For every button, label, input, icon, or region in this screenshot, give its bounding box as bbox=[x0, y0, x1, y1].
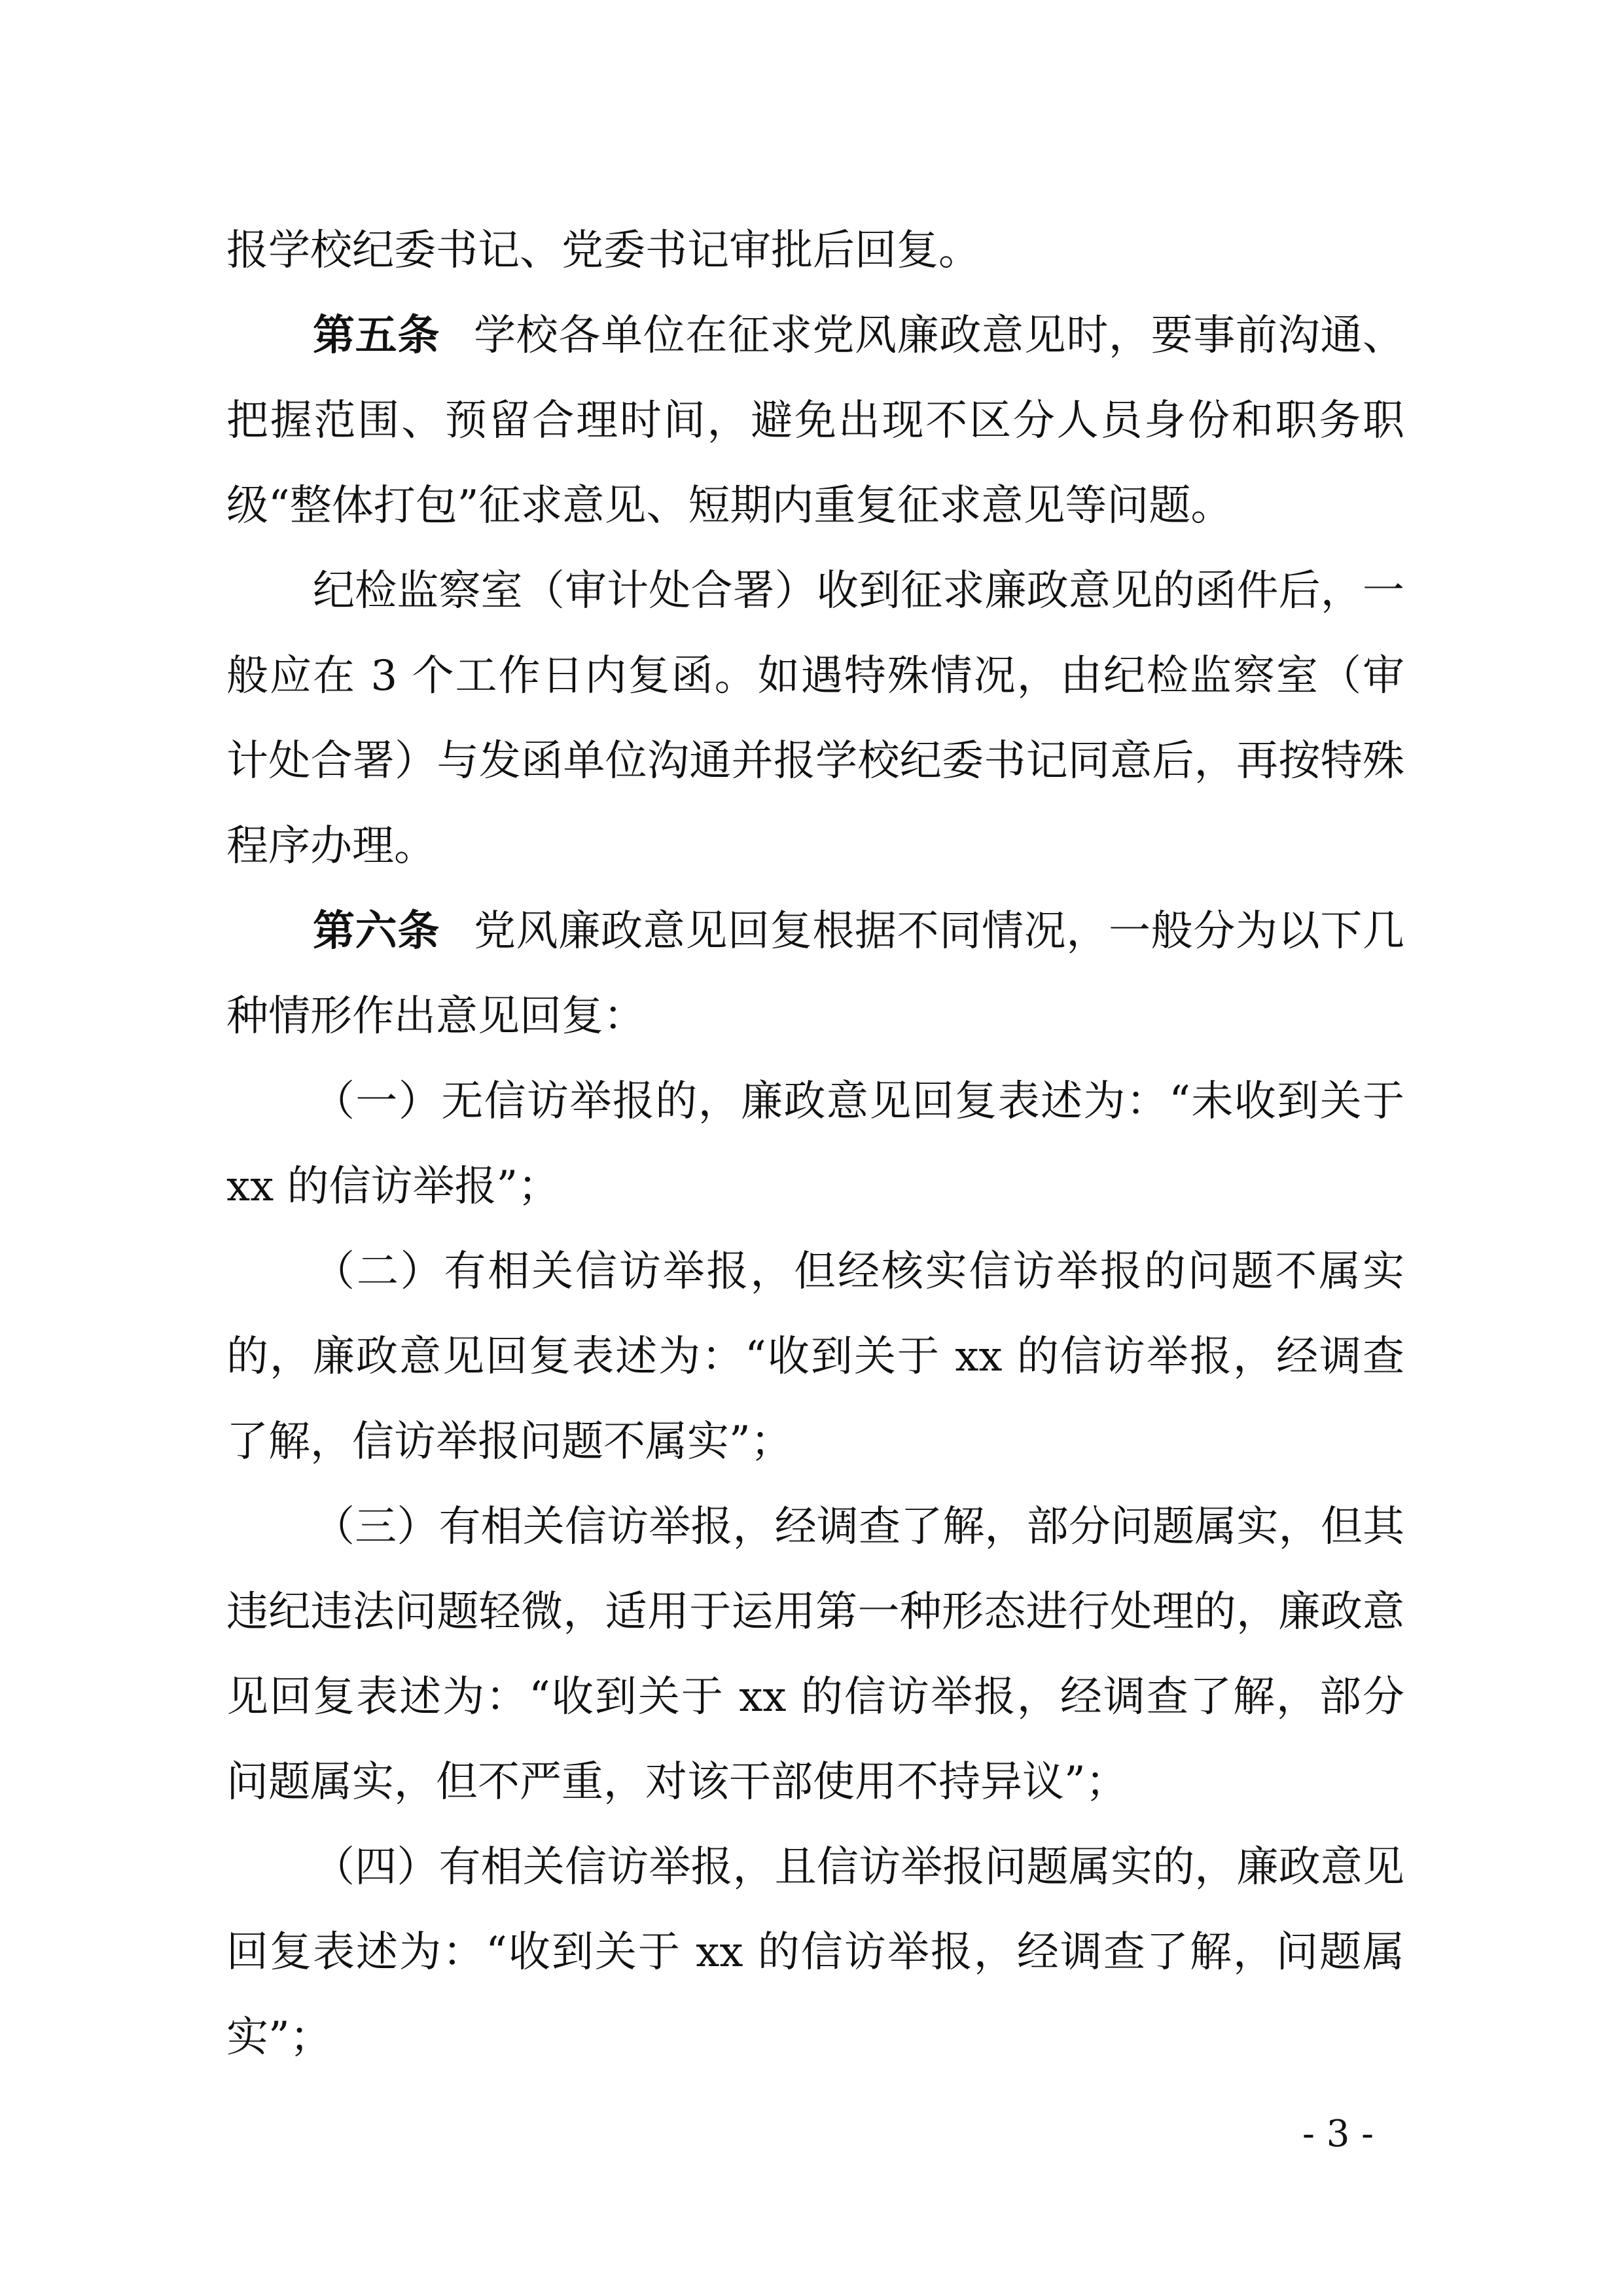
list-item-3: （三）有相关信访举报，经调查了解，部分问题属实，但其违纪违法问题轻微，适用于运用… bbox=[226, 1484, 1404, 1825]
paragraph-article-6: 第六条党风廉政意见回复根据不同情况，一般分为以下几种情形作出意见回复： bbox=[226, 889, 1404, 1059]
list-item-1: （一）无信访举报的，廉政意见回复表述为：“未收到关于 xx 的信访举报”； bbox=[226, 1059, 1404, 1229]
page-number: - 3 - bbox=[1302, 2111, 1433, 2157]
document-page: 报学校纪委书记、党委书记审批后回复。 第五条学校各单位在征求党风廉政意见时，要事… bbox=[226, 208, 1404, 2080]
paragraph-article-5: 第五条学校各单位在征求党风廉政意见时，要事前沟通、把握范围、预留合理时间，避免出… bbox=[226, 293, 1404, 548]
paragraph-body: 纪检监察室（审计处合署）收到征求廉政意见的函件后，一般应在 3 个工作日内复函。… bbox=[226, 548, 1404, 889]
article-label: 第六条 bbox=[313, 906, 440, 956]
paragraph-continuation: 报学校纪委书记、党委书记审批后回复。 bbox=[226, 208, 1404, 293]
list-item-4: （四）有相关信访举报，且信访举报问题属实的，廉政意见回复表述为：“收到关于 xx… bbox=[226, 1825, 1404, 2080]
article-label: 第五条 bbox=[313, 311, 440, 360]
list-item-2: （二）有相关信访举报，但经核实信访举报的问题不属实的，廉政意见回复表述为：“收到… bbox=[226, 1229, 1404, 1484]
